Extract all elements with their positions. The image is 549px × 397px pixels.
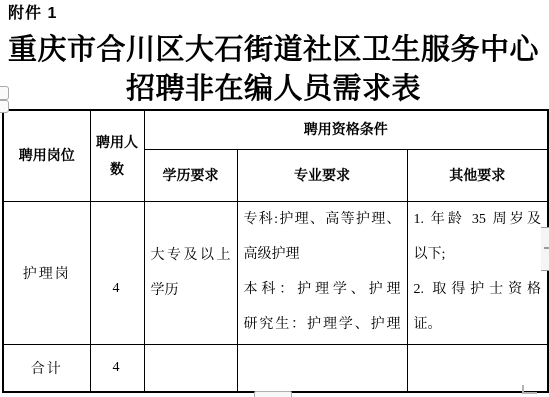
table-row-nursing: 护理岗 4 大专及以上 学历 专科:护理、高等护理、 高级护理 本科：护理学、护… bbox=[3, 201, 548, 344]
cell-total-headcount: 4 bbox=[90, 344, 144, 392]
major-line: 高级护理 bbox=[238, 237, 407, 272]
document-title: 重庆市合川区大石街道社区卫生服务中心 招聘非在编人员需求表 bbox=[0, 31, 547, 109]
left-edge-button-bottom[interactable] bbox=[0, 100, 9, 113]
attachment-label: 附件 1 bbox=[8, 3, 57, 25]
education-line: 大专及以上 bbox=[145, 238, 237, 273]
major-line: 本科：护理学、护理 bbox=[238, 272, 407, 307]
nursing-headcount-value: 4 bbox=[91, 281, 144, 297]
cell-nursing-other: 1. 年龄 35 周岁及 以下; 2. 取得护士资格 证。 bbox=[407, 201, 548, 344]
title-line-1: 重庆市合川区大石街道社区卫生服务中心 bbox=[0, 31, 547, 70]
header-position: 聘用岗位 bbox=[3, 110, 90, 201]
bottom-scroll-widget[interactable] bbox=[254, 391, 292, 397]
header-education: 学历要求 bbox=[144, 149, 237, 201]
header-major: 专业要求 bbox=[237, 149, 407, 201]
cell-nursing-education: 大专及以上 学历 bbox=[144, 201, 237, 344]
other-line: 证。 bbox=[408, 307, 548, 342]
table-header-row-1: 聘用岗位 聘用人数 聘用资格条件 bbox=[3, 110, 548, 149]
header-headcount: 聘用人数 bbox=[90, 110, 144, 201]
document-page: 附件 1 重庆市合川区大石街道社区卫生服务中心 招聘非在编人员需求表 聘用岗位 … bbox=[0, 0, 549, 397]
major-line: 专科:护理、高等护理、 bbox=[238, 202, 407, 237]
cell-nursing-position: 护理岗 bbox=[3, 201, 90, 344]
header-qualifications-group: 聘用资格条件 bbox=[144, 110, 548, 149]
education-line: 学历 bbox=[145, 273, 237, 308]
vertical-scrollbar-fragment[interactable] bbox=[541, 227, 549, 271]
table-row-total: 合计 4 bbox=[3, 344, 548, 392]
cell-nursing-headcount: 4 bbox=[90, 201, 144, 344]
table-resize-handle-icon[interactable] bbox=[522, 385, 537, 394]
other-line: 2. 取得护士资格 bbox=[408, 272, 548, 307]
major-line: 研究生：护理学、护理 bbox=[238, 307, 407, 342]
title-line-2: 招聘非在编人员需求表 bbox=[0, 70, 547, 109]
cell-nursing-major: 专科:护理、高等护理、 高级护理 本科：护理学、护理 研究生：护理学、护理 bbox=[237, 201, 407, 344]
recruitment-table: 聘用岗位 聘用人数 聘用资格条件 学历要求 专业要求 其他要求 护理岗 4 大专… bbox=[2, 109, 549, 393]
other-line: 1. 年龄 35 周岁及 bbox=[408, 202, 548, 237]
scrollbar-grip-icon bbox=[544, 247, 549, 249]
left-edge-button-top[interactable] bbox=[0, 86, 9, 100]
cell-total-education-empty bbox=[144, 344, 237, 392]
cell-total-major-empty bbox=[237, 344, 407, 392]
cell-total-label: 合计 bbox=[3, 344, 90, 392]
header-other: 其他要求 bbox=[407, 149, 548, 201]
other-line: 以下; bbox=[408, 237, 548, 272]
